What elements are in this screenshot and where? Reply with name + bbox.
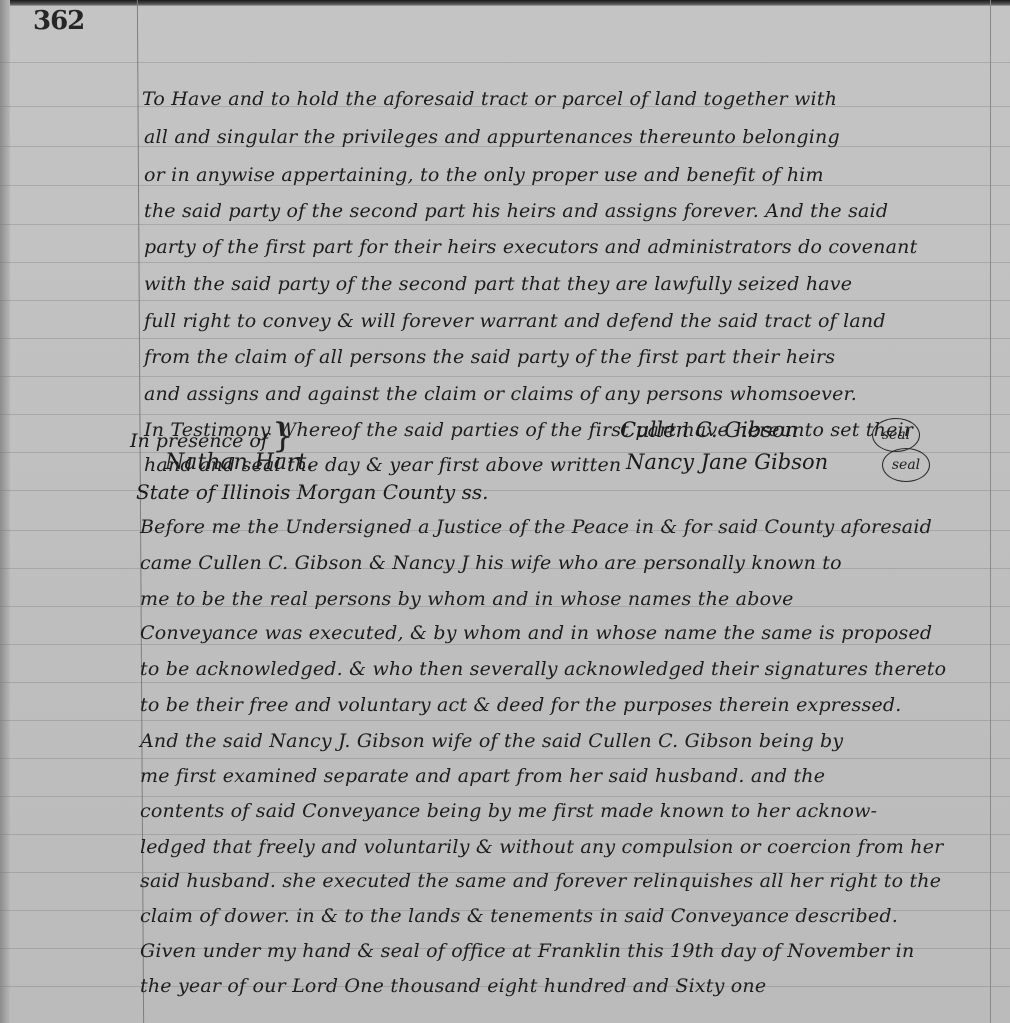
acknowledgment-line: claim of dower. in & to the lands & tene… bbox=[140, 905, 898, 927]
acknowledgment-line: me first examined separate and apart fro… bbox=[140, 765, 825, 787]
ruled-line bbox=[0, 720, 1010, 721]
deed-line: To Have and to hold the aforesaid tract … bbox=[142, 88, 1002, 110]
deed-line: party of the first part for their heirs … bbox=[144, 236, 917, 258]
page-number: 362 bbox=[33, 6, 84, 36]
seal-mark: seal bbox=[882, 448, 930, 482]
acknowledgment-line: Conveyance was executed, & by whom and i… bbox=[140, 622, 932, 644]
ruled-line bbox=[0, 682, 1010, 683]
witness-brace: } bbox=[272, 416, 294, 456]
deed-line: from the claim of all persons the said p… bbox=[144, 346, 835, 368]
venue-heading: State of Illinois Morgan County ss. bbox=[136, 480, 488, 504]
ruled-line bbox=[0, 300, 1010, 301]
grantor-signature: Cullen C. Gibson bbox=[620, 418, 798, 442]
seal-mark: seal bbox=[872, 418, 920, 452]
deed-line: all and singular the privileges and appu… bbox=[144, 126, 840, 148]
acknowledgment-line: said husband. she executed the same and … bbox=[140, 870, 941, 892]
deed-line: or in anywise appertaining, to the only … bbox=[144, 164, 824, 186]
acknowledgment-line: Given under my hand & seal of office at … bbox=[140, 940, 914, 962]
acknowledgment-line: to be acknowledged. & who then severally… bbox=[140, 658, 946, 680]
ruled-line bbox=[0, 758, 1010, 759]
witness-label: In presence of bbox=[130, 430, 268, 452]
ledger-page: 362 To Have and to hold the aforesaid tr… bbox=[0, 0, 1010, 1023]
grantor-signature: Nancy Jane Gibson bbox=[626, 450, 828, 474]
page-top-edge bbox=[0, 0, 1010, 6]
deed-line: full right to convey & will forever warr… bbox=[144, 310, 886, 332]
deed-line: the said party of the second part his he… bbox=[144, 200, 888, 222]
deed-line: with the said party of the second part t… bbox=[144, 273, 852, 295]
ruled-line bbox=[0, 796, 1010, 797]
ruled-line bbox=[0, 414, 1010, 415]
ruled-line bbox=[0, 376, 1010, 377]
ruled-line bbox=[0, 338, 1010, 339]
acknowledgment-line: me to be the real persons by whom and in… bbox=[140, 588, 794, 610]
acknowledgment-line: came Cullen C. Gibson & Nancy J his wife… bbox=[140, 552, 842, 574]
ruled-line bbox=[0, 224, 1010, 225]
acknowledgment-line: the year of our Lord One thousand eight … bbox=[140, 975, 766, 997]
right-margin-line bbox=[990, 0, 991, 1023]
acknowledgment-line: contents of said Conveyance being by me … bbox=[140, 800, 877, 822]
deed-line: and assigns and against the claim or cla… bbox=[144, 383, 857, 405]
ruled-line bbox=[0, 262, 1010, 263]
ruled-line bbox=[0, 644, 1010, 645]
page-binding-shadow bbox=[0, 0, 10, 1023]
ruled-line bbox=[0, 62, 1010, 63]
acknowledgment-line: to be their free and voluntary act & dee… bbox=[140, 694, 901, 716]
acknowledgment-line: And the said Nancy J. Gibson wife of the… bbox=[140, 730, 843, 752]
ruled-line bbox=[0, 452, 1010, 453]
acknowledgment-line: Before me the Undersigned a Justice of t… bbox=[140, 516, 932, 538]
acknowledgment-line: ledged that freely and voluntarily & wit… bbox=[140, 836, 943, 858]
ruled-line bbox=[0, 834, 1010, 835]
